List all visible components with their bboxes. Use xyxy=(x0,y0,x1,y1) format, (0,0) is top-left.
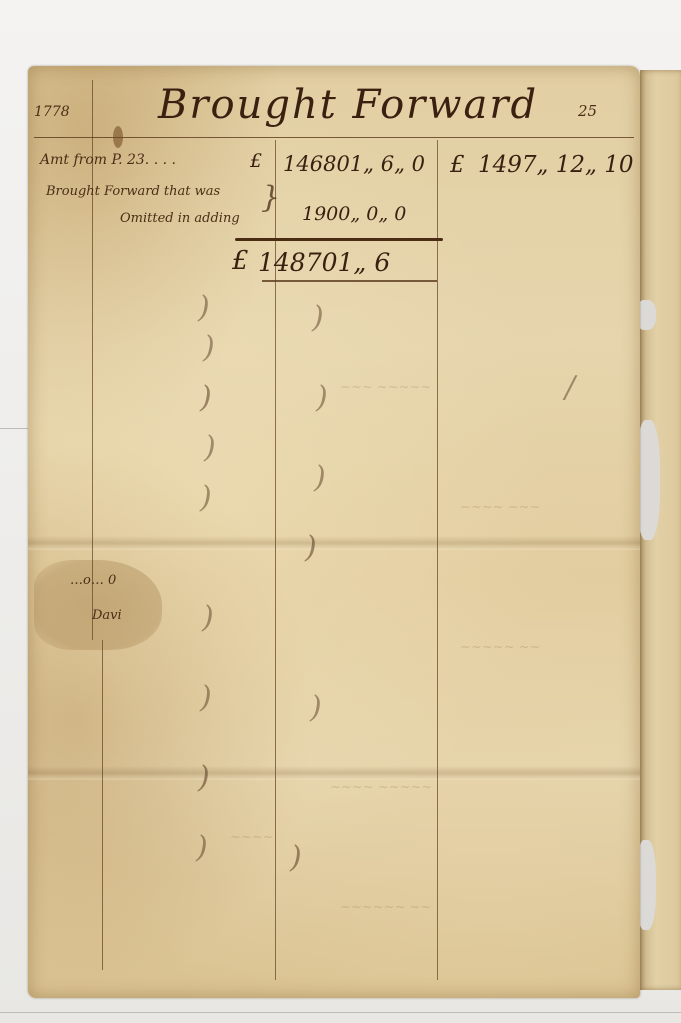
subtotal-underline xyxy=(262,280,437,282)
bleed-through-text: ~~~~ xyxy=(230,830,274,845)
right-column-currency: £ xyxy=(450,152,465,178)
ditto-mark: ) xyxy=(198,290,210,325)
ditto-mark: ) xyxy=(202,600,214,635)
brace-mark: } xyxy=(261,180,280,215)
subtotal-amount: 148701„ 6 xyxy=(258,248,390,277)
bleed-through-text: ~~~~ ~~~~~ xyxy=(330,780,432,795)
ditto-mark: ) xyxy=(196,830,208,865)
entry-1-amount: 146801„ 6„ 0 xyxy=(283,152,425,176)
bleed-through-text: ~~~~ ~~~ xyxy=(460,500,540,515)
ditto-mark: ) xyxy=(312,300,324,335)
entry-2-description-line2: Omitted in adding xyxy=(120,211,240,226)
subtotal-currency: £ xyxy=(232,246,249,276)
ditto-mark: ) xyxy=(200,480,212,515)
entry-2-description-line1: Brought Forward that was xyxy=(46,184,220,199)
page-title: Brought Forward xyxy=(158,82,538,128)
page-fold xyxy=(28,766,640,780)
ditto-mark: ) xyxy=(290,840,302,875)
ditto-mark: ) xyxy=(203,330,215,365)
ditto-mark: ) xyxy=(198,760,210,795)
ditto-mark: ) xyxy=(314,460,326,495)
margin-fragment-line2: Davi xyxy=(92,608,122,623)
entry-1-currency: £ xyxy=(250,150,262,172)
scanner-edge-line xyxy=(0,1012,681,1013)
ditto-mark: / xyxy=(565,370,575,405)
bleed-through-text: ~~~ ~~~~~ xyxy=(340,380,431,395)
margin-fragment-line1: …o… 0 xyxy=(70,573,116,588)
ditto-mark: ) xyxy=(200,380,212,415)
bleed-through-text: ~~~~~ ~~ xyxy=(460,640,540,655)
year-label: 1778 xyxy=(34,104,70,120)
total-rule xyxy=(235,238,443,241)
ditto-mark: ) xyxy=(204,430,216,465)
page-number: 25 xyxy=(578,102,597,120)
entry-2-amount: 1900„ 0„ 0 xyxy=(302,203,406,225)
page-fold xyxy=(28,536,640,550)
entry-1-description: Amt from P. 23. . . . xyxy=(40,152,176,168)
ditto-mark: ) xyxy=(316,380,328,415)
column-rule xyxy=(437,140,438,980)
margin-rule xyxy=(102,640,103,970)
header-rule xyxy=(34,137,634,138)
ditto-mark: ) xyxy=(305,530,317,565)
ditto-mark: ) xyxy=(200,680,212,715)
bleed-through-text: ~~~~~~ ~~ xyxy=(340,900,431,915)
ink-stain xyxy=(113,126,123,148)
ditto-mark: ) xyxy=(310,690,322,725)
right-column-amount: 1497„ 12„ 10 xyxy=(478,152,634,178)
